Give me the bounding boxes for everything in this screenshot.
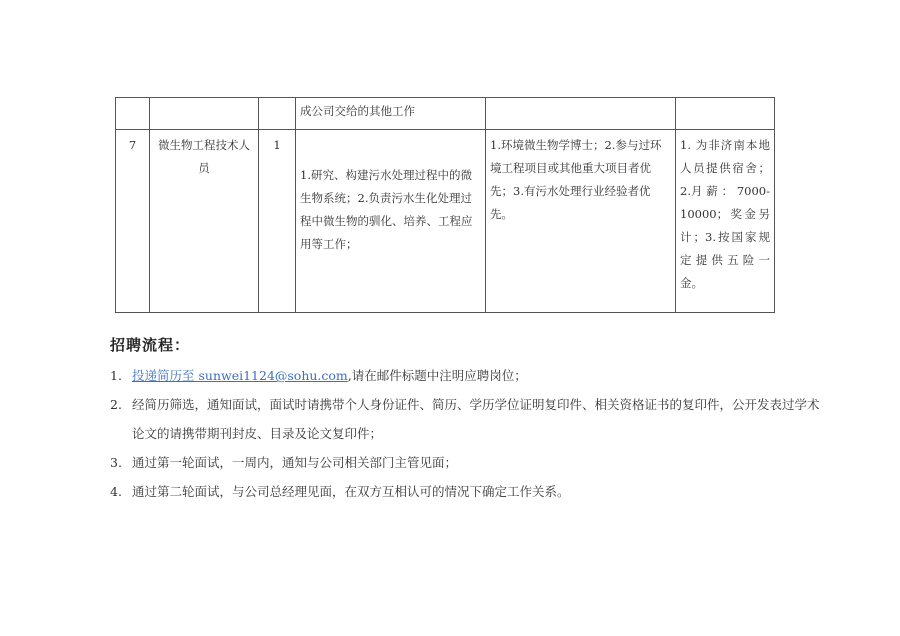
- recruitment-process-section: 招聘流程： 1. 投递简历至 sunwei1124@sohu.com,请在邮件标…: [110, 334, 830, 506]
- cell-number: [116, 98, 150, 130]
- cell-duties: 1.研究、构建污水处理过程中的微生物系统；2.负责污水生化处理过程中微生物的驯化…: [296, 130, 486, 313]
- process-step-1: 1. 投递简历至 sunwei1124@sohu.com,请在邮件标题中注明应聘…: [110, 361, 830, 390]
- process-step-4: 4. 通过第二轮面试，与公司总经理见面，在双方互相认可的情况下确定工作关系。: [110, 477, 830, 506]
- step-text: ,请在邮件标题中注明应聘岗位；: [348, 368, 527, 383]
- cell-benefits: [676, 98, 775, 130]
- cell-requirements: 1.环境微生物学博士；2.参与过环境工程项目或其他重大项目者优先；3.有污水处理…: [486, 130, 676, 313]
- process-step-3: 3. 通过第一轮面试，一周内，通知与公司相关部门主管见面；: [110, 448, 830, 477]
- job-table-container: 成公司交给的其他工作 7 微生物工程技术人员 1 1.研究、构建污水处理过程中的…: [115, 97, 775, 313]
- process-step-2: 2. 经简历筛选，通知面试，面试时请携带个人身份证件、简历、学历学位证明复印件、…: [110, 390, 830, 448]
- step-number: 1.: [110, 361, 122, 390]
- step-text: 通过第一轮面试，一周内，通知与公司相关部门主管见面；: [132, 455, 457, 470]
- cell-duties: 成公司交给的其他工作: [296, 98, 486, 130]
- section-title: 招聘流程：: [110, 334, 830, 355]
- step-text: 通过第二轮面试，与公司总经理见面，在双方互相认可的情况下确定工作关系。: [132, 484, 570, 499]
- duties-text: 1.研究、构建污水处理过程中的微生物系统；2.负责污水生化处理过程中微生物的驯化…: [300, 164, 481, 256]
- cell-requirements: [486, 98, 676, 130]
- cell-count: 1: [259, 130, 296, 313]
- cell-number: 7: [116, 130, 150, 313]
- requirements-text: 1.环境微生物学博士；2.参与过环境工程项目或其他重大项目者优先；3.有污水处理…: [490, 130, 671, 226]
- table-row: 7 微生物工程技术人员 1 1.研究、构建污水处理过程中的微生物系统；2.负责污…: [116, 130, 775, 313]
- cell-benefits: 1. 为非济南本地人员提供宿舍；2.月 薪 ： 7000-10000；奖金另计；…: [676, 130, 775, 313]
- step-number: 3.: [110, 448, 122, 477]
- benefits-text: 1. 为非济南本地人员提供宿舍；2.月 薪 ： 7000-10000；奖金另计；…: [680, 130, 770, 295]
- step-number: 4.: [110, 477, 122, 506]
- job-table: 成公司交给的其他工作 7 微生物工程技术人员 1 1.研究、构建污水处理过程中的…: [115, 97, 775, 313]
- cell-position: [150, 98, 259, 130]
- email-link[interactable]: 投递简历至 sunwei1124@sohu.com: [132, 368, 348, 383]
- step-text: 经简历筛选，通知面试，面试时请携带个人身份证件、简历、学历学位证明复印件、相关资…: [132, 397, 820, 441]
- table-row: 成公司交给的其他工作: [116, 98, 775, 130]
- cell-position: 微生物工程技术人员: [150, 130, 259, 313]
- cell-count: [259, 98, 296, 130]
- step-number: 2.: [110, 390, 122, 419]
